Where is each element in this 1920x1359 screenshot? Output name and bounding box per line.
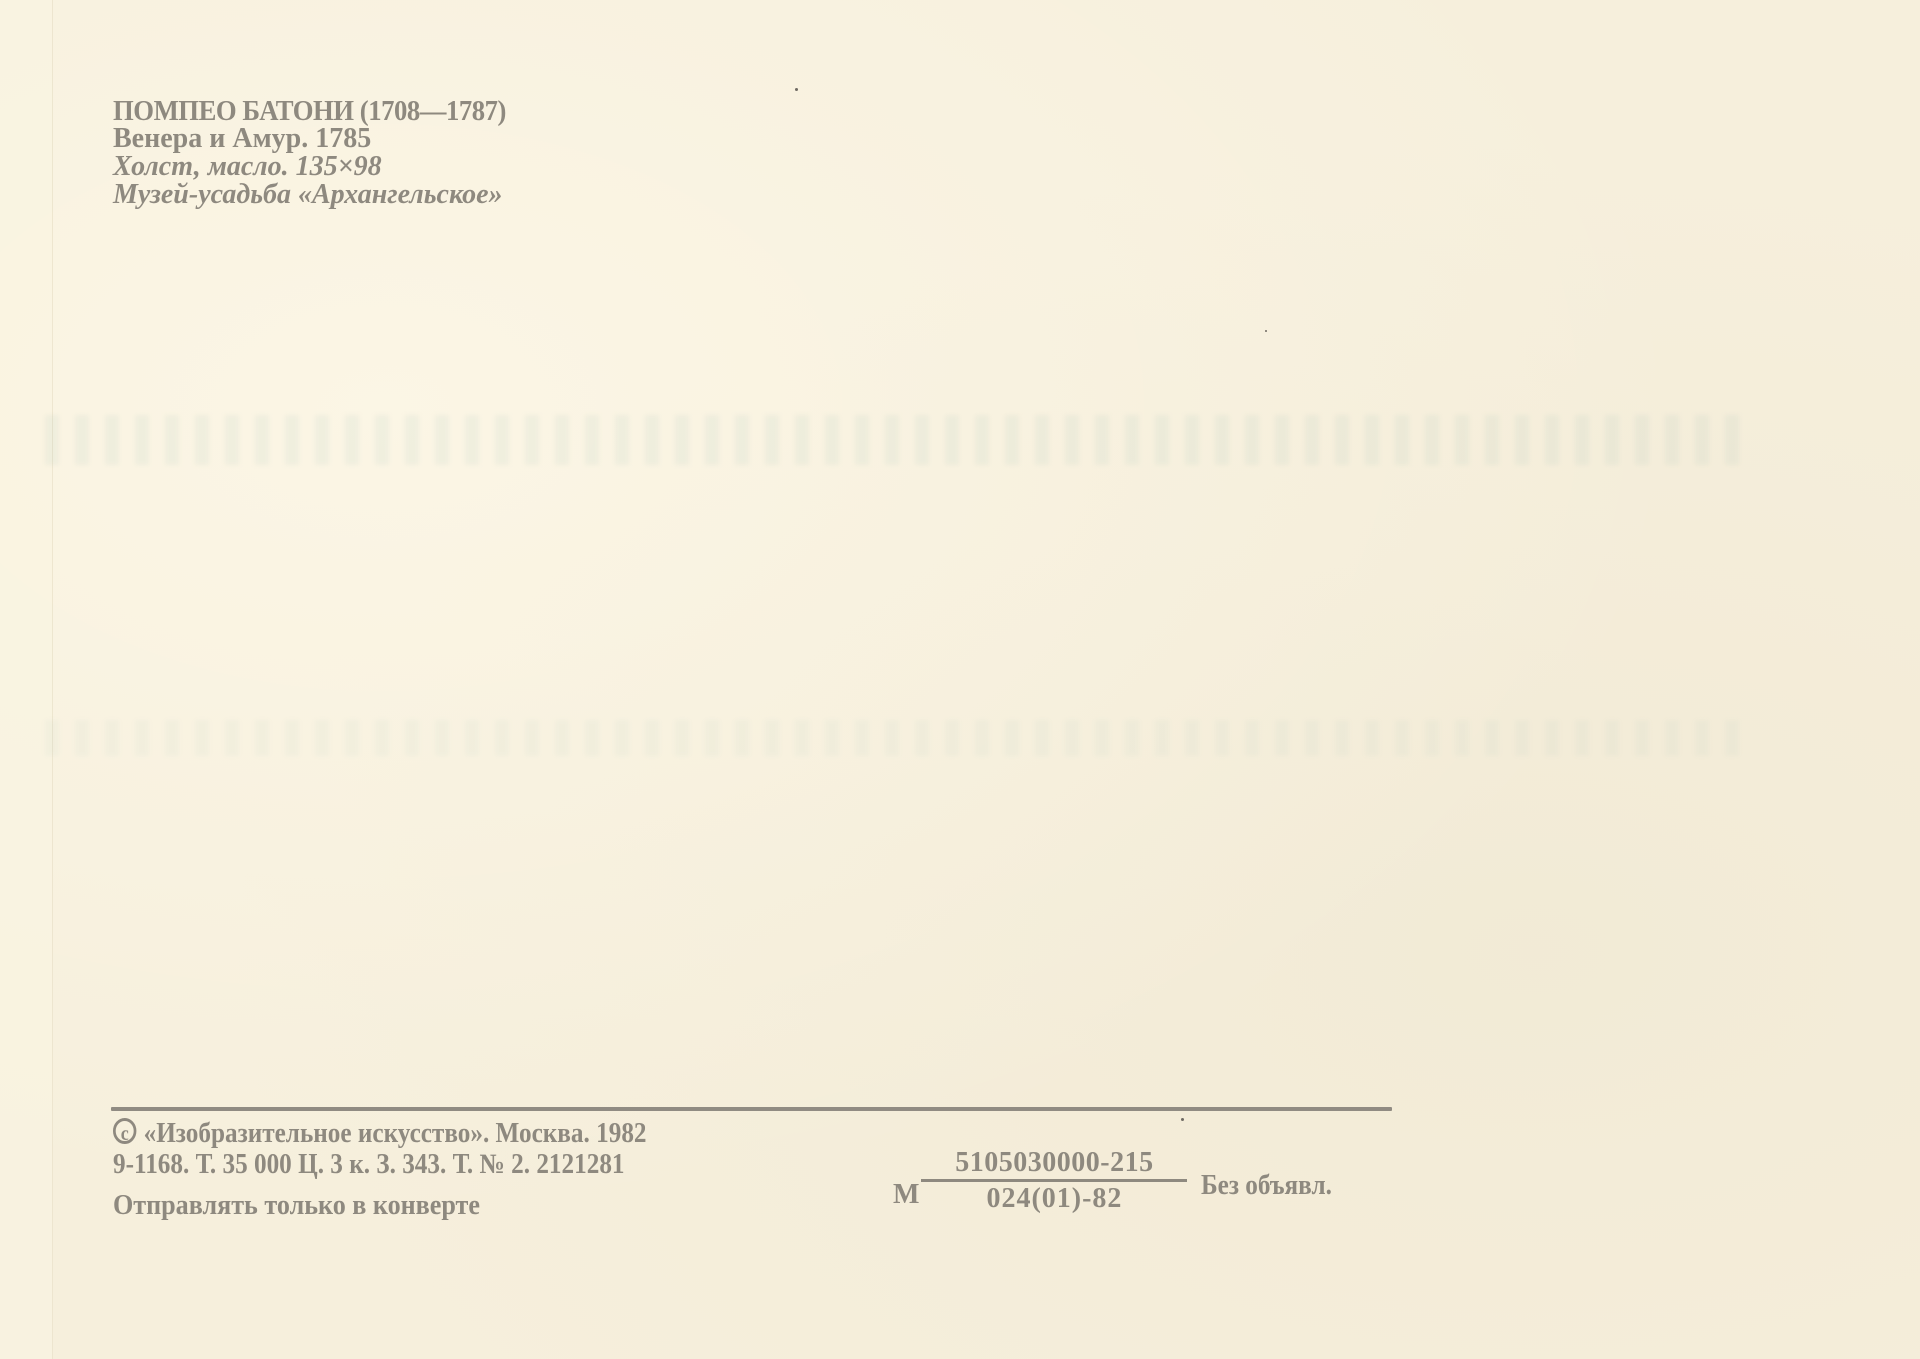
copyright-icon: c	[113, 1118, 136, 1144]
publisher-text: «Изобразительное искусство». Москва. 198…	[144, 1118, 647, 1149]
ink-speck	[795, 88, 798, 91]
artwork-caption: ПОМПЕО БАТОНИ (1708—1787) Венера и Амур.…	[113, 97, 540, 209]
ink-speck	[1265, 330, 1267, 332]
send-note: Отправлять только в конверте	[113, 1190, 647, 1221]
index-numerator: 5105030000-215	[955, 1148, 1153, 1178]
artist-name: ПОМПЕО БАТОНИ (1708—1787)	[113, 97, 506, 125]
horizontal-rule	[111, 1107, 1392, 1111]
bleed-through-marks-upper	[45, 415, 1745, 465]
publisher-line: c«Изобразительное искусство». Москва. 19…	[113, 1118, 647, 1149]
index-prefix: М	[893, 1179, 919, 1211]
fraction-bar	[921, 1179, 1187, 1182]
print-details: 9-1168. Т. 35 000 Ц. 3 к. З. 343. Т. № 2…	[113, 1149, 647, 1180]
artwork-medium: Холст, масло. 135×98	[113, 153, 540, 181]
publisher-imprint: c«Изобразительное искусство». Москва. 19…	[113, 1118, 706, 1221]
museum-name: Музей-усадьба «Архангельское»	[113, 181, 540, 209]
ink-speck	[1181, 1118, 1184, 1121]
bleed-through-marks-lower	[45, 720, 1745, 756]
index-denominator: 024(01)-82	[986, 1184, 1122, 1214]
paper-edge-strip	[0, 0, 53, 1359]
catalog-index: М 5105030000-215 024(01)-82	[893, 1148, 1187, 1214]
index-fraction: 5105030000-215 024(01)-82	[921, 1148, 1187, 1214]
no-announcement-note: Без объявл.	[1201, 1170, 1332, 1202]
artwork-title: Венера и Амур. 1785	[113, 125, 540, 153]
